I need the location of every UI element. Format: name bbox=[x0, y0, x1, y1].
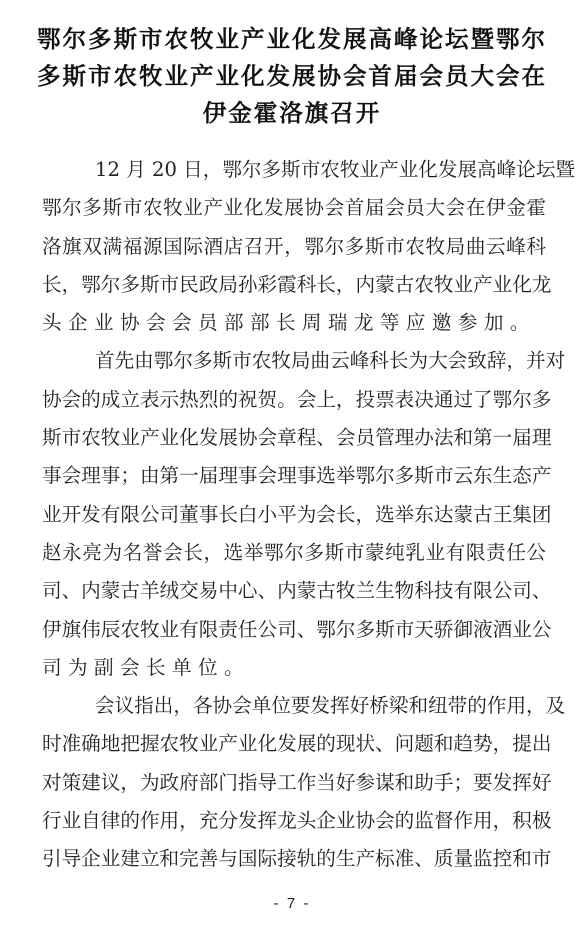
text-line: 事会理事；由第一届理事会理事选举鄂尔多斯市云东生态产 bbox=[42, 457, 546, 495]
text-line: 长，鄂尔多斯市民政局孙彩霞科长，内蒙古农牧业产业化龙 bbox=[42, 266, 546, 304]
paragraph-3: 会议指出，各协会单位要发挥好桥梁和纽带的作用，及 时准确地把握农牧业产业化发展的… bbox=[42, 687, 546, 878]
text-line: 头企业协会会员部部长周瑞龙等应邀参加。 bbox=[42, 304, 546, 342]
article-body: 12 月 20 日，鄂尔多斯市农牧业产业化发展高峰论坛暨 鄂尔多斯市农牧业产业化… bbox=[42, 151, 546, 879]
text-line: 首先由鄂尔多斯市农牧局曲云峰科长为大会致辞，并对 bbox=[42, 342, 546, 380]
text-line: 时准确地把握农牧业产业化发展的现状、问题和趋势，提出 bbox=[42, 725, 546, 763]
text-line: 12 月 20 日，鄂尔多斯市农牧业产业化发展高峰论坛暨 bbox=[42, 151, 546, 189]
text-line: 行业自律的作用，充分发挥龙头企业协会的监督作用，积极 bbox=[42, 802, 546, 840]
title-line: 伊金霍洛旗召开 bbox=[0, 95, 584, 132]
text-line: 洛旗双满福源国际酒店召开，鄂尔多斯市农牧局曲云峰科 bbox=[42, 228, 546, 266]
article-title: 鄂尔多斯市农牧业产业化发展高峰论坛暨鄂尔 多斯市农牧业产业化发展协会首届会员大会… bbox=[0, 21, 584, 132]
paragraph-2: 首先由鄂尔多斯市农牧局曲云峰科长为大会致辞，并对 协会的成立表示热烈的祝贺。会上… bbox=[42, 342, 546, 687]
title-line: 鄂尔多斯市农牧业产业化发展高峰论坛暨鄂尔 bbox=[0, 21, 584, 58]
text-line: 协会的成立表示热烈的祝贺。会上，投票表决通过了鄂尔多 bbox=[42, 381, 546, 419]
paragraph-1: 12 月 20 日，鄂尔多斯市农牧业产业化发展高峰论坛暨 鄂尔多斯市农牧业产业化… bbox=[42, 151, 546, 342]
text-line: 引导企业建立和完善与国际接轨的生产标准、质量监控和市 bbox=[42, 840, 546, 878]
text-line: 赵永亮为名誉会长，选举鄂尔多斯市蒙纯乳业有限责任公 bbox=[42, 534, 546, 572]
document-page: 鄂尔多斯市农牧业产业化发展高峰论坛暨鄂尔 多斯市农牧业产业化发展协会首届会员大会… bbox=[0, 0, 584, 928]
text-line: 对策建议，为政府部门指导工作当好参谋和助手；要发挥好 bbox=[42, 764, 546, 802]
text-line: 鄂尔多斯市农牧业产业化发展协会首届会员大会在伊金霍 bbox=[42, 189, 546, 227]
text-line: 斯市农牧业产业化发展协会章程、会员管理办法和第一届理 bbox=[42, 419, 546, 457]
text-line: 业开发有限公司董事长白小平为会长，选举东达蒙古王集团 bbox=[42, 496, 546, 534]
title-line: 多斯市农牧业产业化发展协会首届会员大会在 bbox=[0, 58, 584, 95]
text-line: 伊旗伟辰农牧业有限责任公司、鄂尔多斯市天骄御液酒业公 bbox=[42, 611, 546, 649]
text-line: 司、内蒙古羊绒交易中心、内蒙古牧兰生物科技有限公司、 bbox=[42, 572, 546, 610]
page-number: - 7 - bbox=[0, 895, 584, 912]
text-line: 司为副会长单位。 bbox=[42, 649, 546, 687]
text-line: 会议指出，各协会单位要发挥好桥梁和纽带的作用，及 bbox=[42, 687, 546, 725]
